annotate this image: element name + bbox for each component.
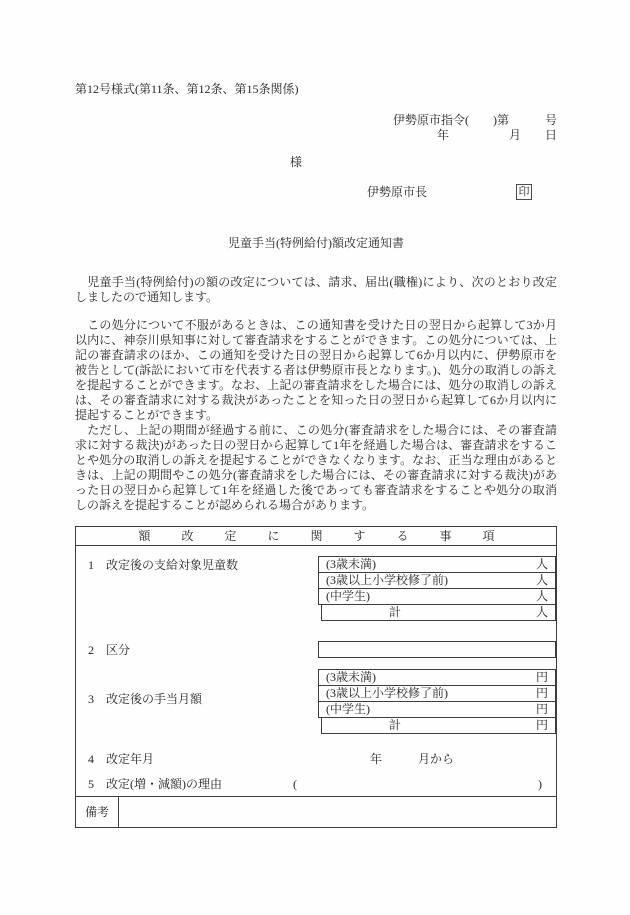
unit-label: 人 [536,605,548,620]
unit-label: 円 [536,702,548,717]
child-count-table: (3歳未満) 人 (3歳以上小学校修了前) 人 (中学生) 人 計 人 [318,556,556,621]
seal-mark: 印 [516,184,532,200]
remarks-field [119,797,556,827]
directive-number-line: 伊勢原市指令( )第 号 [75,113,557,128]
remarks-row: 備考 [76,796,556,827]
item-number: 5 [88,777,106,792]
appeal-paragraph-2: ただし、上記の期間が経過する前に、この処分(審査請求をした場合には、その審査請求… [75,423,557,513]
item-category: 2区分 [88,643,130,658]
child-count-row-junior-high: (中学生) 人 [318,588,556,605]
item-label: 改定後の支給対象児童数 [106,558,238,572]
form-number: 第12号様式(第11条、第12条、第15条関係) [75,82,557,97]
document-content: 第12号様式(第11条、第12条、第15条関係) 伊勢原市指令( )第 号 年 … [75,0,557,828]
child-count-row-total: 計 人 [321,604,556,621]
monthly-amount-table: (3歳未満) 円 (3歳以上小学校修了前) 円 (中学生) 円 計 円 [318,669,556,734]
row-label: 計 [329,718,401,733]
revision-table-body: 1改定後の支給対象児童数 (3歳未満) 人 (3歳以上小学校修了前) 人 (中学… [76,546,556,796]
reason-paren-close: ) [538,777,542,792]
date-line: 年 月 日 [75,128,557,143]
item-label: 改定年月 [106,752,154,766]
item-child-count: 1改定後の支給対象児童数 [88,558,238,573]
revision-table-header: 額改定に関する事項 [76,527,556,546]
unit-label: 円 [536,718,548,733]
item-number: 4 [88,752,106,767]
item-label: 改定後の手当月額 [106,692,202,706]
item-number: 2 [88,643,106,658]
row-label: (3歳以上小学校修了前) [326,686,448,701]
item-revision-date: 4改定年月 [88,752,154,767]
unit-label: 円 [536,670,548,685]
addressee-honorific: 様 [75,155,557,170]
category-field [318,641,556,658]
amount-row-total: 計 円 [321,717,556,734]
document-title: 児童手当(特例給付)額改定通知書 [75,236,557,251]
unit-label: 人 [536,573,548,588]
item-label: 区分 [106,643,130,657]
reason-paren-open: ( [293,777,297,792]
revision-table-header-text: 額改定に関する事項 [138,529,525,543]
issuer-row: 伊勢原市長 印 [75,185,557,203]
row-label: (3歳未満) [326,670,376,685]
revision-table: 額改定に関する事項 1改定後の支給対象児童数 (3歳未満) 人 (3歳以上小学校… [75,526,557,828]
item-label: 改定(増・減額)の理由 [106,777,222,791]
appeal-paragraph-1: この処分について不服があるときは、この通知書を受けた日の翌日から起算して3か月以… [75,318,557,423]
intro-paragraph: 児童手当(特例給付)の額の改定については、請求、届出(職権)により、次のとおり改… [75,275,557,305]
item-number: 3 [88,692,106,707]
row-label: (中学生) [326,702,370,717]
remarks-label: 備考 [76,797,119,827]
row-label: (3歳未満) [326,557,376,572]
item-number: 1 [88,558,106,573]
amount-row-3-to-elementary: (3歳以上小学校修了前) 円 [318,685,556,702]
unit-label: 人 [536,557,548,572]
issuer-name: 伊勢原市長 [367,185,427,200]
amount-row-junior-high: (中学生) 円 [318,701,556,718]
seal-character: 印 [519,187,530,198]
revision-date-value: 年 月から [370,752,454,767]
row-label: 計 [329,605,401,620]
row-label: (中学生) [326,589,370,604]
unit-label: 円 [536,686,548,701]
child-count-row-3-to-elementary: (3歳以上小学校修了前) 人 [318,572,556,589]
document-page: 第12号様式(第11条、第12条、第15条関係) 伊勢原市指令( )第 号 年 … [0,0,630,915]
item-revision-reason: 5改定(増・減額)の理由 [88,777,222,792]
row-label: (3歳以上小学校修了前) [326,573,448,588]
child-count-row-under3: (3歳未満) 人 [318,556,556,573]
unit-label: 人 [536,589,548,604]
item-monthly-amount: 3改定後の手当月額 [88,692,202,707]
amount-row-under3: (3歳未満) 円 [318,669,556,686]
